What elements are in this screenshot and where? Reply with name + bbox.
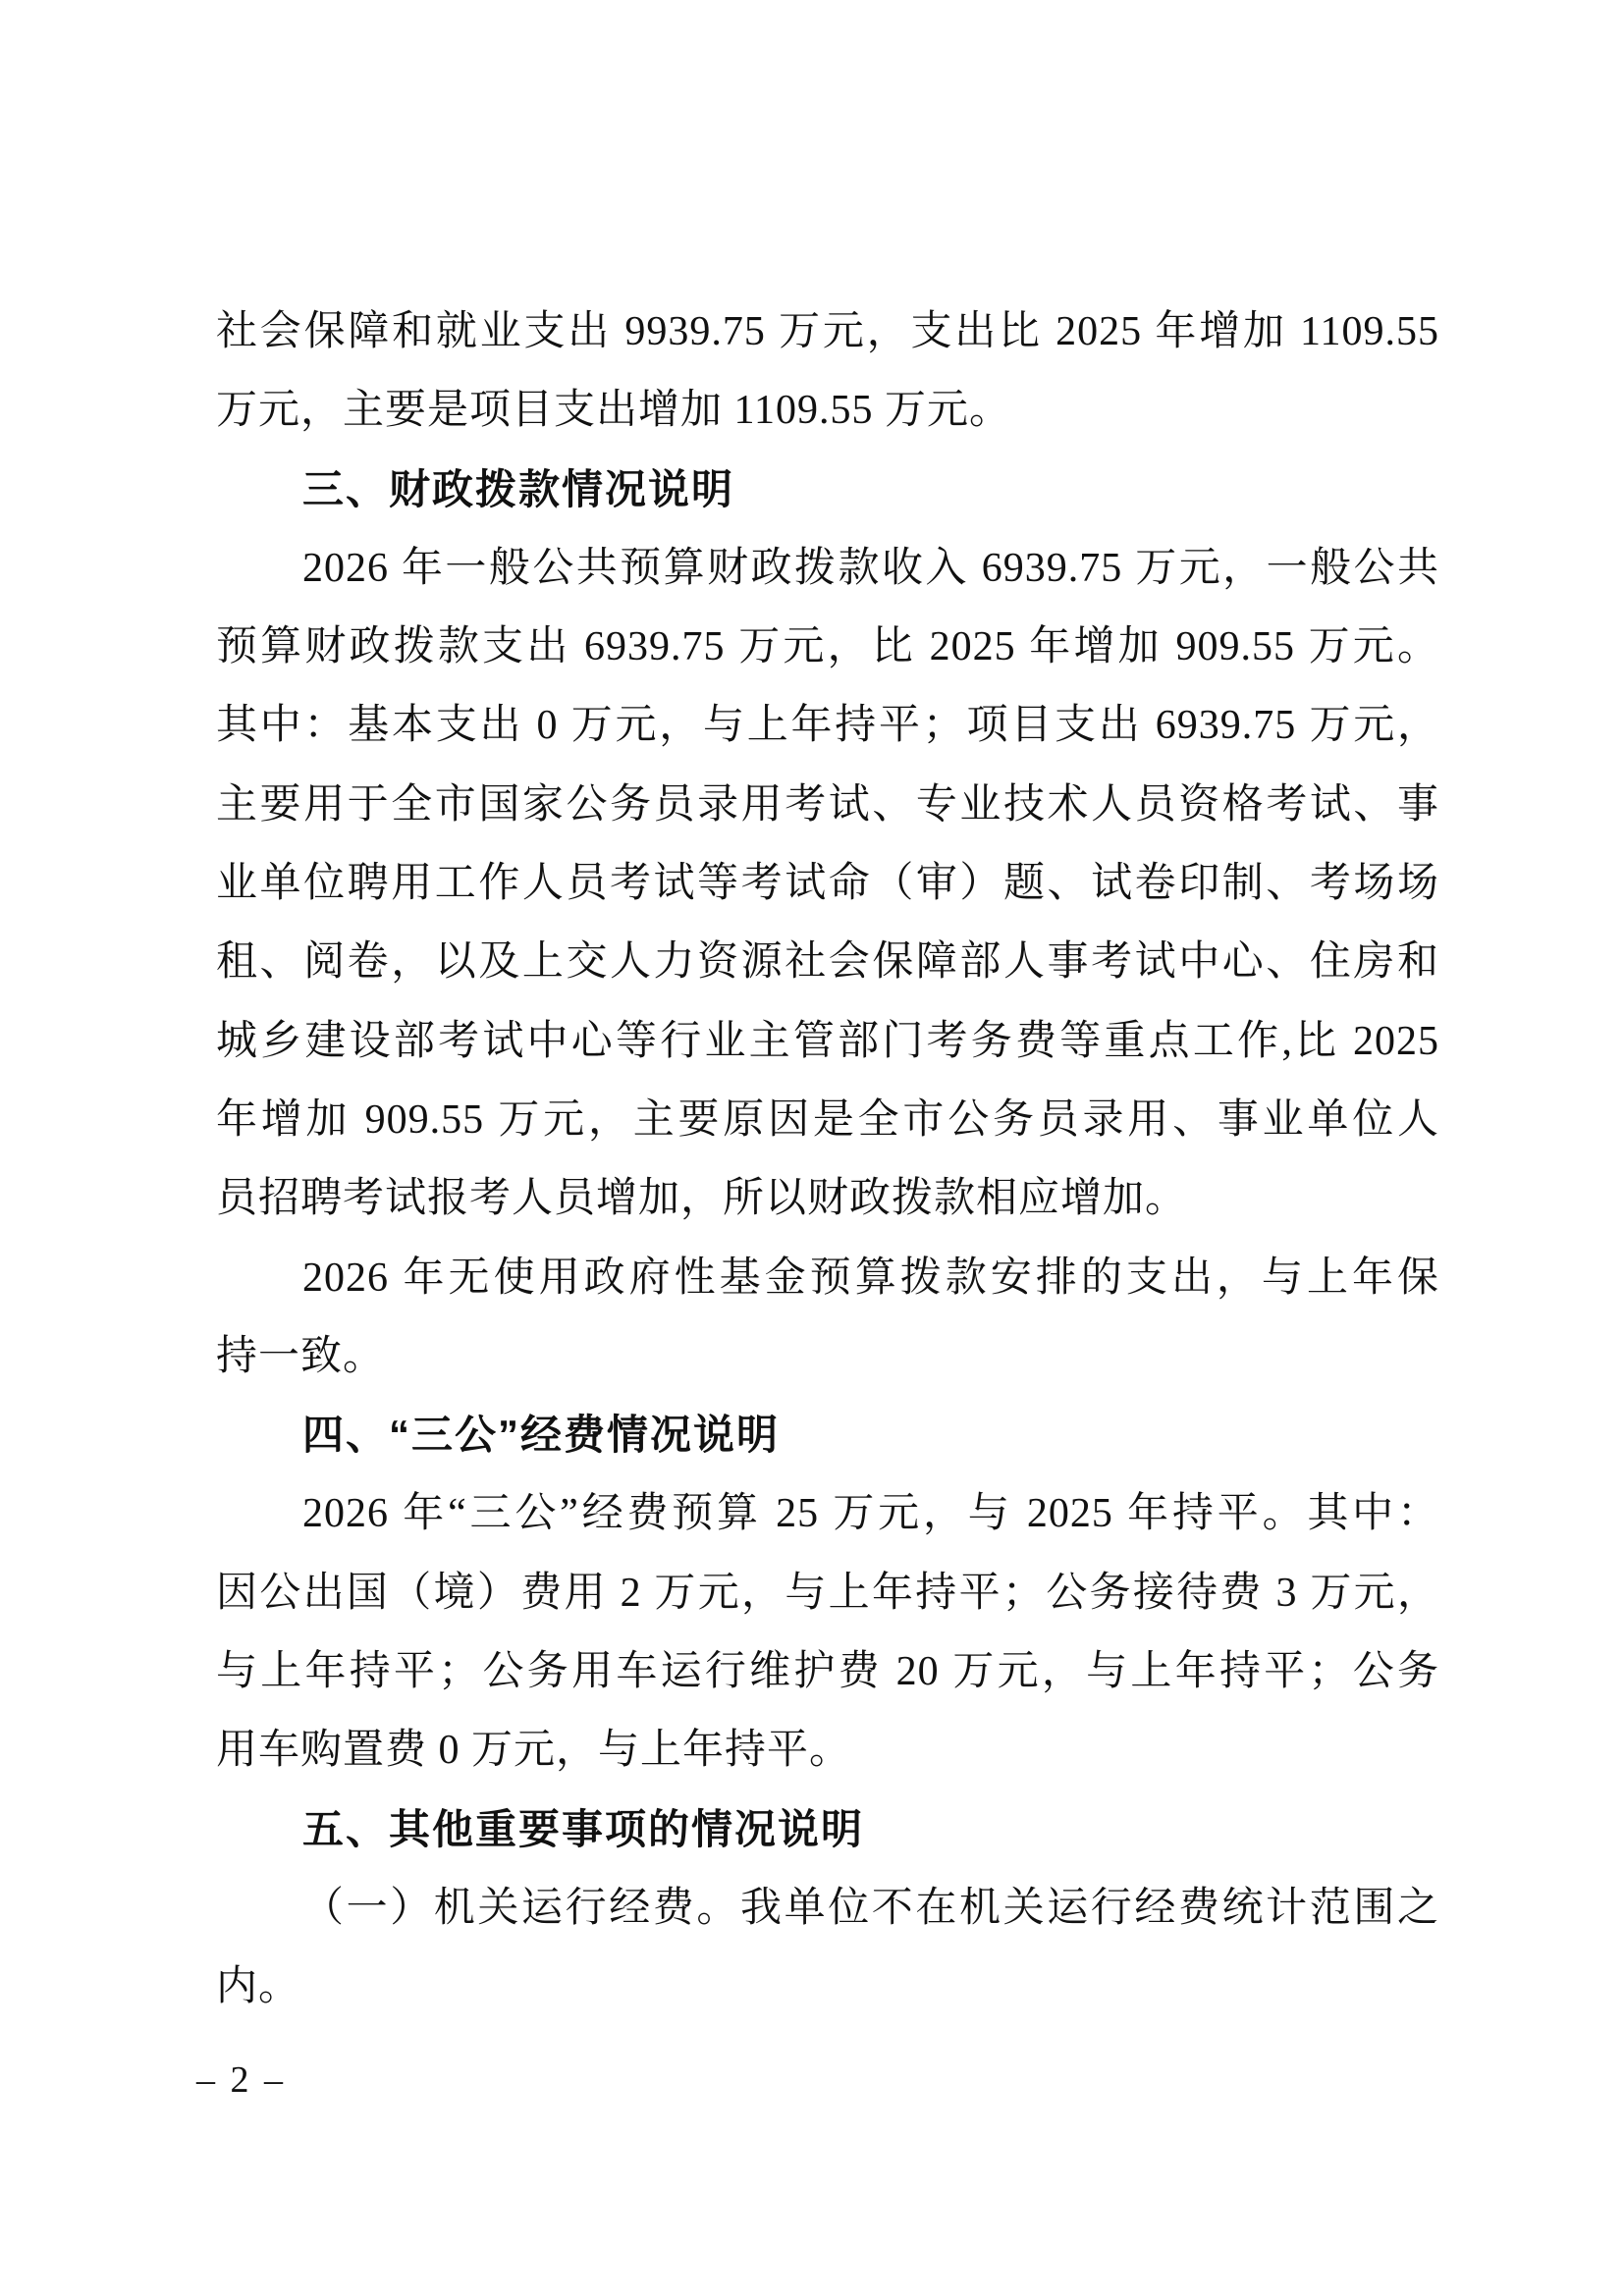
text-line: 城乡建设部考试中心等行业主管部门考务费等重点工作,比 2025 (216, 1002, 1439, 1081)
text-line: 因公出国（境）费用 2 万元，与上年持平；公务接待费 3 万元， (216, 1554, 1439, 1632)
text-line: 预算财政拨款支出 6939.75 万元，比 2025 年增加 909.55 万元… (216, 608, 1439, 686)
heading-section-3: 三、财政拨款情况说明 (216, 451, 1439, 529)
page-number: – 2 – (196, 2059, 286, 2101)
text-line: 2026 年无使用政府性基金预算拨款安排的支出，与上年保 (216, 1239, 1439, 1317)
text-line: 内。 (216, 1948, 1439, 2026)
heading-section-4: 四、“三公”经费情况说明 (216, 1396, 1439, 1474)
document-page: 社会保障和就业支出 9939.75 万元，支出比 2025 年增加 1109.5… (0, 0, 1624, 2296)
document-body: 社会保障和就业支出 9939.75 万元，支出比 2025 年增加 1109.5… (216, 293, 1439, 2027)
text-line: （一）机关运行经费。我单位不在机关运行经费统计范围之 (216, 1869, 1439, 1948)
text-line: 2026 年“三公”经费预算 25 万元，与 2025 年持平。其中： (216, 1474, 1439, 1553)
text-line: 万元，主要是项目支出增加 1109.55 万元。 (216, 371, 1439, 450)
text-line: 员招聘考试报考人员增加，所以财政拨款相应增加。 (216, 1159, 1439, 1238)
text-line: 与上年持平；公务用车运行维护费 20 万元，与上年持平；公务 (216, 1632, 1439, 1711)
text-line: 其中：基本支出 0 万元，与上年持平；项目支出 6939.75 万元， (216, 686, 1439, 765)
text-line: 主要用于全市国家公务员录用考试、专业技术人员资格考试、事 (216, 766, 1439, 844)
text-line: 租、阅卷，以及上交人力资源社会保障部人事考试中心、住房和 (216, 923, 1439, 1001)
text-line: 2026 年一般公共预算财政拨款收入 6939.75 万元，一般公共 (216, 529, 1439, 608)
text-line: 社会保障和就业支出 9939.75 万元，支出比 2025 年增加 1109.5… (216, 293, 1439, 371)
heading-section-5: 五、其他重要事项的情况说明 (216, 1790, 1439, 1869)
text-line: 持一致。 (216, 1317, 1439, 1396)
text-line: 业单位聘用工作人员考试等考试命（审）题、试卷印制、考场场 (216, 844, 1439, 923)
text-line: 年增加 909.55 万元，主要原因是全市公务员录用、事业单位人 (216, 1081, 1439, 1159)
text-line: 用车购置费 0 万元，与上年持平。 (216, 1711, 1439, 1789)
